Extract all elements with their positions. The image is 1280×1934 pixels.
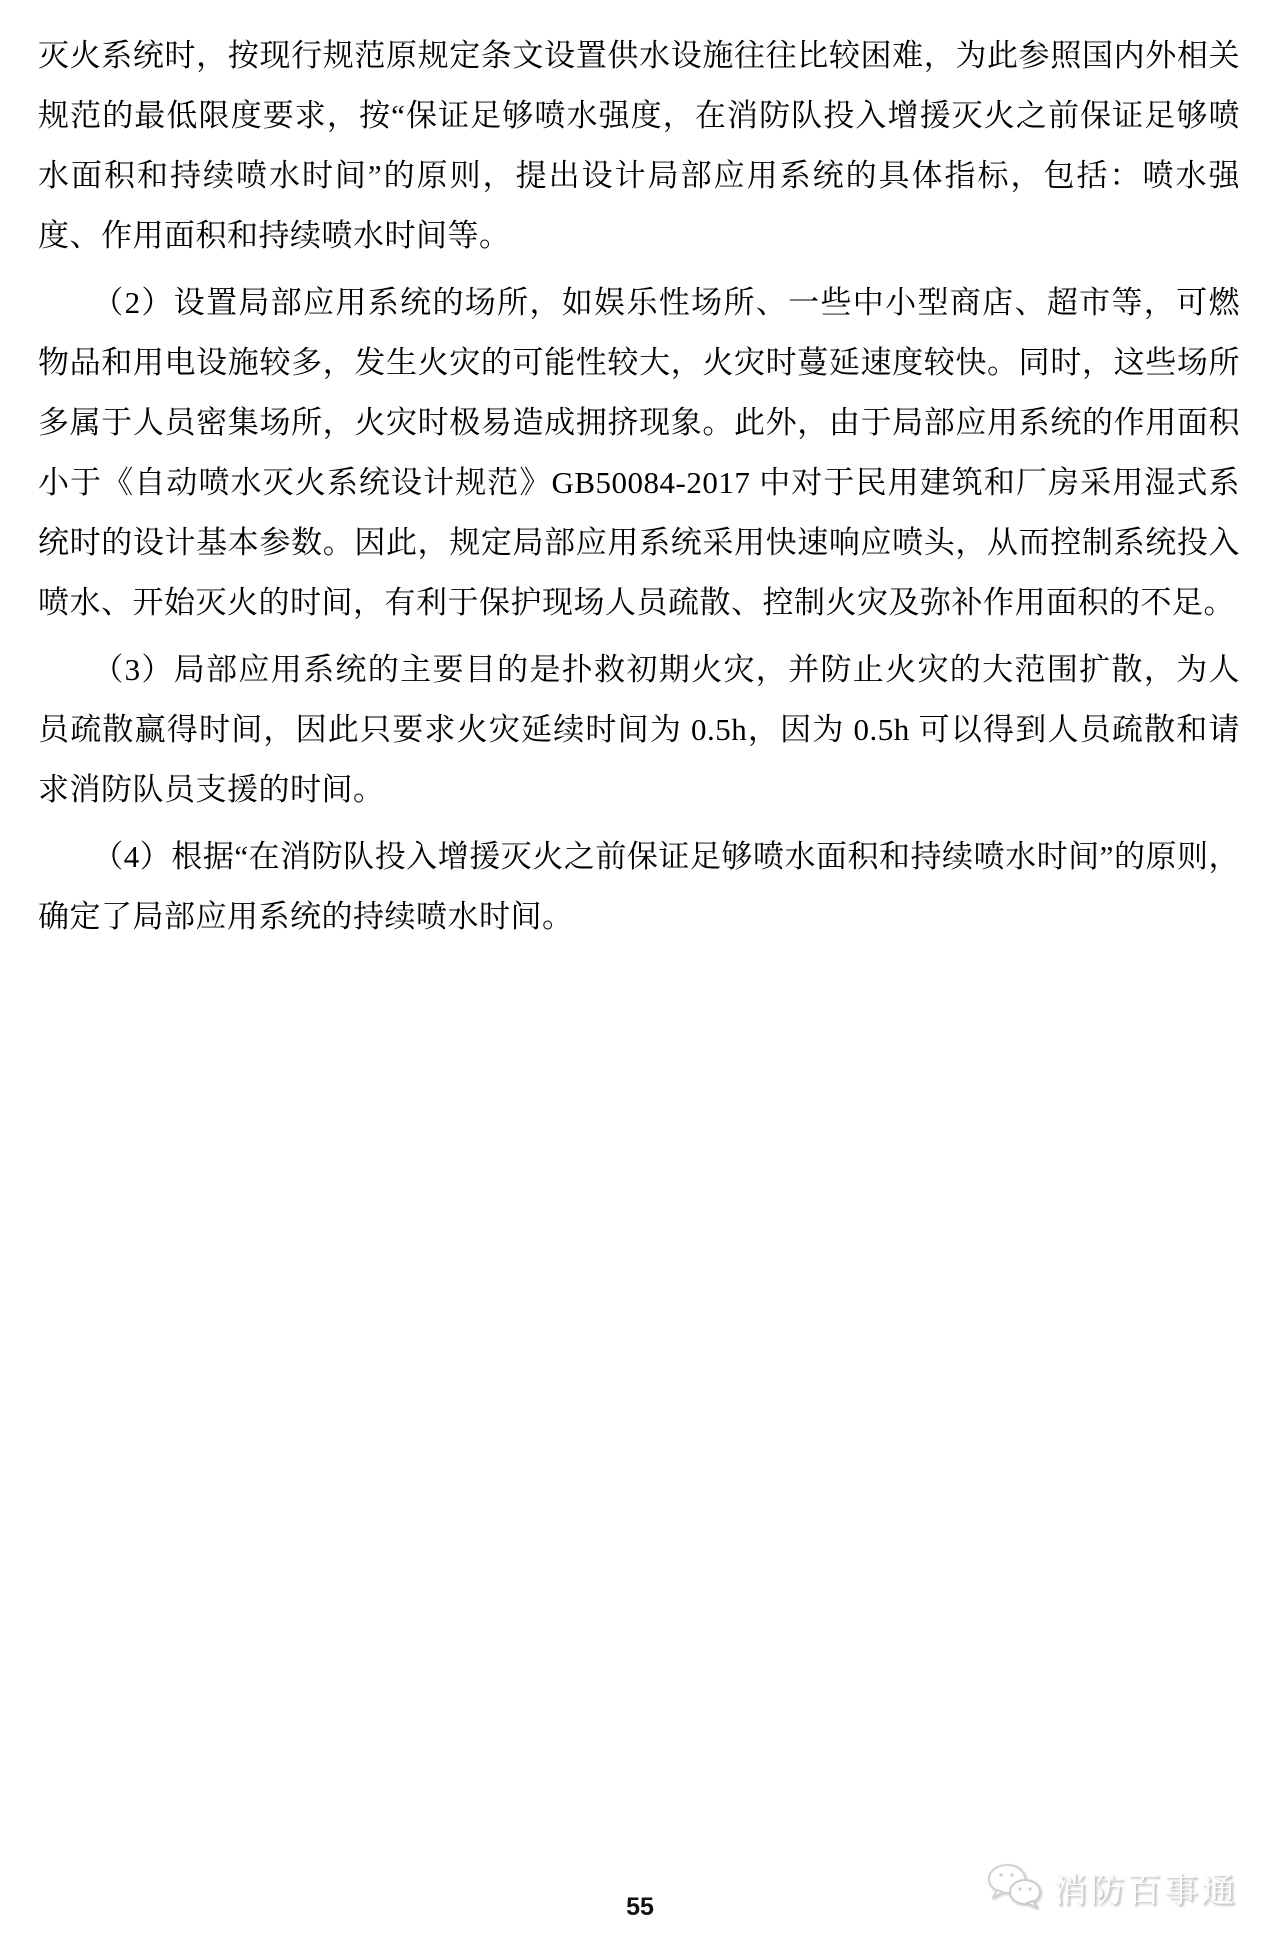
- page-number: 55: [0, 1893, 1280, 1922]
- paragraph: （2）设置局部应用系统的场所，如娱乐性场所、一些中小型商店、超市等，可燃物品和用…: [38, 273, 1240, 633]
- paragraph: 灭火系统时，按现行规范原规定条文设置供水设施往往比较困难，为此参照国内外相关规范…: [38, 26, 1240, 266]
- paragraph: （3）局部应用系统的主要目的是扑救初期火灾，并防止火灾的大范围扩散，为人员疏散赢…: [38, 640, 1240, 820]
- document-page: 灭火系统时，按现行规范原规定条文设置供水设施往往比较困难，为此参照国内外相关规范…: [0, 0, 1280, 1934]
- document-body: 灭火系统时，按现行规范原规定条文设置供水设施往往比较困难，为此参照国内外相关规范…: [38, 26, 1240, 954]
- paragraph: （4）根据“在消防队投入增援灭火之前保证足够喷水面积和持续喷水时间”的原则，确定…: [38, 827, 1240, 947]
